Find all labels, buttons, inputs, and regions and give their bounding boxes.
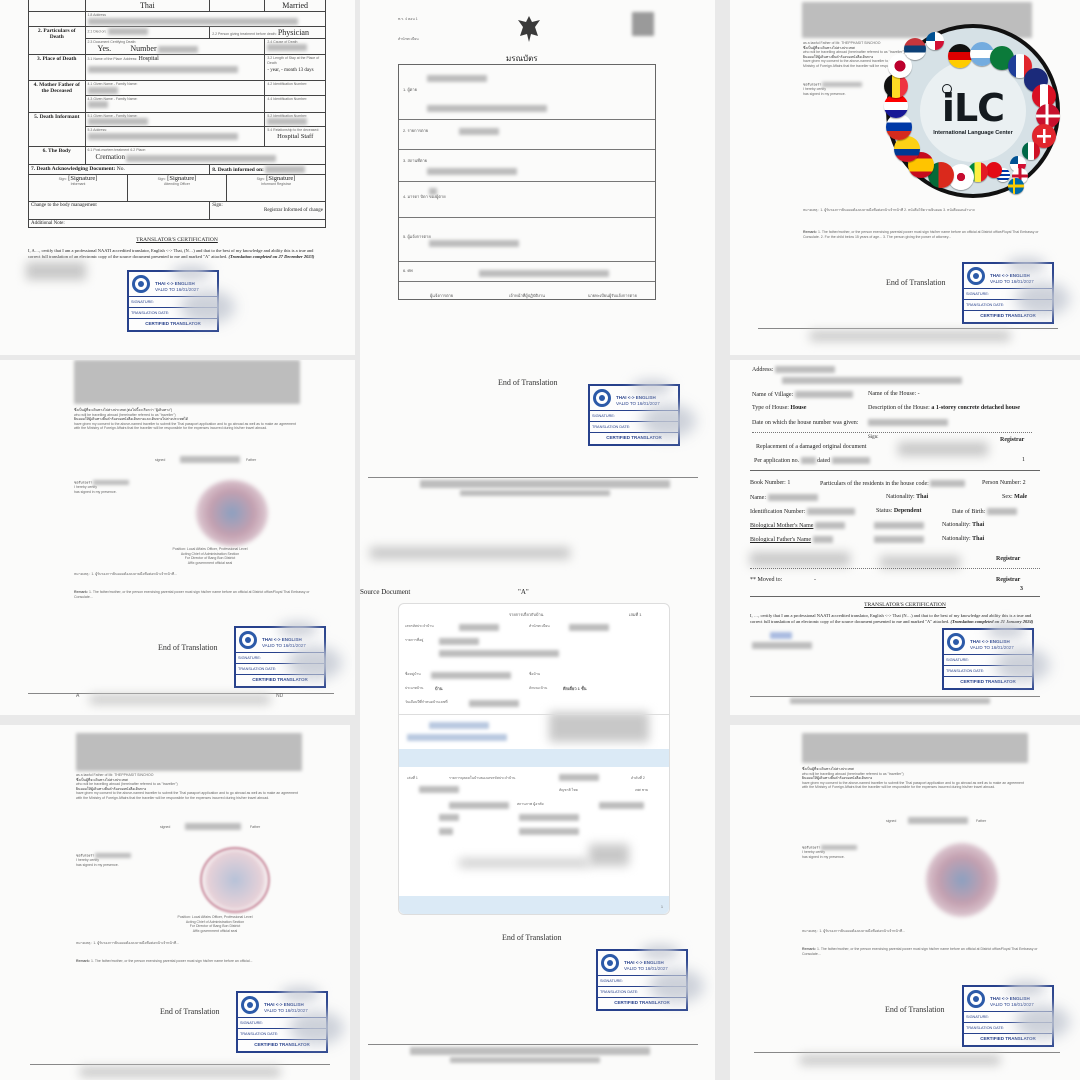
end-of-translation: End of Translation	[885, 1005, 945, 1014]
naati-seal-icon	[967, 990, 985, 1008]
section-body: 6. The Body	[29, 147, 86, 165]
father-nationality-label: Nationality:	[942, 536, 971, 542]
length-stay-label: 3.2 Length of Stay at the Place of Death	[267, 56, 323, 65]
nationality-label: Nationality:	[886, 494, 915, 500]
sign-label-2: Sign:	[158, 177, 166, 181]
cert-date: (Translation completed on 27 December 20…	[228, 254, 314, 259]
desc-house-label: Description of the House:	[868, 405, 930, 411]
section-2: 2. รายการตาย	[403, 128, 428, 133]
registrar-page: 3	[1020, 586, 1023, 592]
number-label: Number	[130, 44, 156, 53]
section-informant: 5. Death Informant	[29, 112, 86, 147]
signed-presence: has signed in my presence.	[76, 863, 131, 868]
nationality-value: Thai	[140, 1, 155, 10]
status-value: Dependent	[894, 508, 922, 514]
sign-label-1: Sign:	[59, 177, 67, 181]
address-label: Address:	[752, 367, 773, 373]
moved-to-label: ** Moved to:	[750, 577, 782, 583]
flag-sweden-icon	[1008, 178, 1024, 194]
signature-3: [Signature]	[266, 175, 295, 182]
nationality-value: Thai	[916, 494, 928, 500]
type-house-value: House	[790, 405, 806, 411]
house-title: รายการเกี่ยวกับบ้าน	[509, 612, 543, 617]
end-of-translation: End of Translation	[498, 378, 558, 387]
translator-stamp: THAI <-> ENGLISHVALID TO 16/01/2027 SIGN…	[127, 270, 219, 332]
father-id-label: 4.4 Identification Number:	[267, 97, 323, 102]
sex-value: Male	[1014, 494, 1027, 500]
translator-stamp: THAI <-> ENGLISHVALID TO 16/01/2027 SIGN…	[596, 949, 688, 1011]
type-house-label: Type of House:	[752, 405, 789, 411]
mother-id-label: 4.2 Identification Number:	[267, 82, 323, 87]
father-label: Father	[976, 819, 986, 824]
person-number: Person Number: 2	[982, 480, 1026, 486]
body-place-label: 6.2 Place:	[130, 148, 146, 152]
signed-presence: has signed in my presence.	[802, 855, 857, 860]
section-parents: 4. Mother Father of the Deceased	[29, 81, 86, 113]
translator-stamp: THAI <-> ENGLISHVALID TO 16/01/2027 SIGN…	[942, 628, 1034, 690]
name-label: Name:	[750, 495, 766, 501]
tile-consent-bottom-right: ซึ่งเป็นผู้ที่จะเดินทางไปต่างประเทศ who …	[730, 725, 1080, 1080]
registry-office-label: สำนักทะเบียน	[529, 624, 550, 629]
garuda-emblem-icon	[516, 14, 542, 44]
father-nationality-value: Thai	[972, 536, 984, 542]
section-3: 3. สถานที่ตาย	[403, 158, 427, 163]
died-on-label: 2.1 Died on:	[88, 29, 107, 33]
stamp-valid-to: VALID TO 16/01/2027	[264, 1008, 308, 1013]
desc-house-value: a 1-storey concrete detached house	[931, 405, 1020, 411]
place-value: Hospital	[138, 56, 158, 62]
ack-doc-label: 7. Death Acknowledging Document:	[31, 166, 115, 172]
consent-line-2: have given my consent to the above-named…	[74, 422, 302, 431]
officer-2: เจ้าหน้าที่ผู้ปฏิบัติงาน	[484, 282, 569, 300]
tile-house-registration: Address: Name of Village: Name of the Ho…	[730, 360, 1080, 715]
place-address-label: Address:	[123, 57, 137, 61]
section-4: 4. มารดา บิดา ของผู้ตาย	[403, 194, 446, 199]
cert-title: TRANSLATOR'S CERTIFICATION	[28, 237, 326, 243]
doc-certifying-value: Yes.	[98, 44, 112, 53]
death-certificate-table: Thai Married 1.8 Address 2. Particulars …	[28, 0, 326, 228]
relationship-value: Hospital Staff	[267, 133, 323, 140]
office-label: สำนักทะเบียน	[398, 37, 419, 42]
sex-value: เพศ ชาย	[635, 788, 648, 793]
stamp-languages: THAI <-> ENGLISH	[990, 996, 1030, 1001]
section-6: 6. ศพ	[403, 268, 413, 273]
doc-certifying-label: 2.3 Document Certifying Death:	[88, 40, 263, 45]
house-code-label: เลขรหัสประจำบ้าน	[405, 624, 434, 629]
section-5: 5. ผู้แจ้งการตาย	[403, 234, 431, 239]
naati-seal-icon	[947, 633, 965, 651]
naati-seal-icon	[967, 267, 985, 285]
house-registration-card: รายการเกี่ยวกับบ้าน เล่มที่ 1 เลขรหัสประ…	[398, 603, 670, 915]
stamp-languages: THAI <-> ENGLISH	[616, 395, 656, 400]
nationality-value: สัญชาติ ไทย	[559, 788, 578, 793]
end-of-translation: End of Translation	[886, 278, 946, 287]
date-given-label: Date on which the house number was given…	[752, 420, 858, 426]
additional-note-label: Additional Note:	[29, 220, 326, 228]
mother-nationality-label: Nationality:	[942, 522, 971, 528]
signed-label: signed	[886, 819, 896, 824]
signature-2: [Signature]	[167, 175, 196, 182]
book-no: เล่มที่ 1	[629, 612, 641, 617]
sign-label-3: Sign:	[257, 177, 265, 181]
father-label: Father	[246, 458, 256, 463]
house-name-value: -	[918, 391, 920, 397]
registrar-label-2: Registrar	[996, 556, 1020, 562]
form-code: ท.ร. 4 ตอน 1	[398, 17, 418, 22]
mother-label: Biological Mother's Name	[750, 523, 813, 529]
sign-label: Sign:	[868, 435, 879, 440]
naati-seal-icon	[241, 996, 259, 1014]
per-application-label: Per application no.	[754, 458, 799, 464]
address-label: 1.8 Address	[88, 13, 324, 18]
stamp-valid-to: VALID TO 16/01/2027	[262, 643, 306, 648]
tile-source-document: Source Document "A" รายการเกี่ยวกับบ้าน …	[360, 535, 715, 1080]
id-number-label: Identification Number:	[750, 509, 805, 515]
section-particulars-of-death: 2. Particulars of Death	[29, 26, 86, 55]
informant-caption: Informant	[29, 182, 127, 187]
source-document-label: Source Document	[360, 588, 410, 596]
father-label: Father	[250, 825, 260, 830]
affix-seal: Affix government official seal	[150, 929, 280, 934]
signed-label: signed	[160, 825, 170, 830]
flag-germany-icon	[948, 44, 972, 68]
page-no: 1	[1022, 457, 1025, 463]
change-sign-label: Sign:	[212, 203, 223, 208]
tile-consent-bottom-left: as a lawful Father of Mr. THEPPHASIT SIN…	[0, 725, 350, 1080]
source-mark: "A"	[518, 588, 529, 596]
house-desc-value: ตึกเดี่ยว 1 ชั้น	[563, 686, 586, 691]
resident-title: รายการบุคคลในบ้านของเลขรหัสประจำบ้าน	[449, 776, 515, 781]
house-name-label: Name of the House:	[868, 391, 916, 397]
signed-label: signed	[155, 458, 165, 463]
house-desc-label: ลักษณะบ้าน	[529, 686, 547, 691]
book-number: Book Number: 1	[750, 480, 790, 486]
signature-1: [Signature]	[68, 175, 97, 182]
status-value: สถานภาพ ผู้อาศัย	[517, 802, 544, 807]
end-of-translation: End of Translation	[502, 933, 562, 942]
stamp-valid-to: VALID TO 16/01/2027	[990, 1002, 1034, 1007]
father-label: Biological Father's Name	[750, 537, 811, 543]
stamp-languages: THAI <-> ENGLISH	[990, 273, 1030, 278]
tile-consent-mid-left: ซึ่งเป็นผู้ที่จะเดินทางไปต่างประเทศ (ต่อ…	[0, 360, 355, 715]
treatment-label: 2.2 Person giving treatment before death…	[212, 32, 276, 36]
translator-stamp: THAI <-> ENGLISHVALID TO 16/01/2027 SIGN…	[962, 262, 1054, 324]
naati-seal-icon	[132, 275, 150, 293]
logo-brand: iLC	[890, 86, 1056, 130]
dated-label: dated	[817, 458, 830, 464]
cert-title: TRANSLATOR'S CERTIFICATION	[730, 602, 1080, 608]
person-no: ลำดับที่ 2	[631, 776, 645, 781]
marital-value: Married	[282, 1, 308, 10]
footer-nd: ND	[276, 694, 283, 699]
officer-1: ผู้แจ้งการตาย	[399, 282, 484, 300]
translator-stamp: THAI <-> ENGLISHVALID TO 16/01/2027 SIGN…	[236, 991, 328, 1053]
length-stay-value: - year, - month 13 days	[267, 68, 323, 73]
stamp-languages: THAI <-> ENGLISH	[155, 281, 195, 286]
stamp-valid-to: VALID TO 16/01/2027	[970, 645, 1014, 650]
translator-stamp: THAI <-> ENGLISHVALID TO 16/01/2027 SIGN…	[588, 384, 680, 446]
house-type-label: ประเภทบ้าน	[405, 686, 423, 691]
stamp-valid-to: VALID TO 16/01/2027	[616, 401, 660, 406]
registrar-caption: Informant Registrar	[227, 182, 325, 187]
address-label: รายการที่อยู่	[405, 638, 423, 643]
change-body-label: Change to the body management	[29, 202, 210, 220]
naati-seal-icon	[239, 631, 257, 649]
tile-death-certificate: Thai Married 1.8 Address 2. Particulars …	[0, 0, 355, 355]
remarks-label: Remark:	[803, 230, 817, 234]
house-type-value: บ้าน	[435, 686, 443, 691]
translator-stamp: THAI <-> ENGLISHVALID TO 16/01/2027 SIGN…	[962, 985, 1054, 1047]
house-name-label: ชื่อบ้าน	[529, 672, 540, 677]
affix-seal: Affix government official seal	[140, 561, 280, 566]
stamp-languages: THAI <-> ENGLISH	[970, 639, 1010, 644]
page-number: 1	[661, 905, 663, 910]
mother-nationality-value: Thai	[972, 522, 984, 528]
naati-seal-icon	[601, 954, 619, 972]
attending-officer-caption: Attending Officer	[128, 182, 226, 187]
stamp-valid-to: VALID TO 16/01/2027	[155, 287, 199, 292]
treatment-value: Physician	[278, 28, 309, 37]
dob-label: Date of Birth:	[952, 509, 985, 515]
official-seal-blurred	[926, 843, 998, 917]
footer-a: A	[76, 694, 79, 699]
end-of-translation: End of Translation	[160, 1007, 220, 1016]
stamp-valid-to: VALID TO 16/01/2027	[624, 966, 668, 971]
end-of-translation: End of Translation	[158, 643, 218, 652]
official-seal-blurred	[196, 480, 268, 546]
flag-serbia-icon	[904, 38, 926, 60]
ack-no-label: No.	[117, 166, 125, 172]
date-given-label: วันเดือนปีที่กำหนดบ้านเลขที่	[405, 700, 448, 705]
flag-russia-icon	[886, 114, 912, 140]
status-label: Status:	[876, 508, 892, 514]
officer-3: นายทะเบียนผู้รับแจ้งการตาย	[570, 282, 655, 300]
naati-seal-icon	[593, 389, 611, 407]
section-1: 1. ผู้ตาย	[403, 87, 417, 92]
village-label: ชื่อหมู่บ้าน	[405, 672, 421, 677]
book-no-2: เล่มที่ 1	[407, 776, 418, 781]
replacement-text: Replacement of a damaged original docume…	[756, 444, 866, 450]
post-mortem-label: 6.1 Post-mortem treatment	[88, 148, 130, 152]
translator-stamp: THAI <-> ENGLISHVALID TO 16/01/2027 SIGN…	[234, 626, 326, 688]
informed-on-label: 8. Death informed on:	[212, 167, 264, 173]
village-label: Name of Village:	[752, 392, 793, 398]
stamp-languages: THAI <-> ENGLISH	[624, 960, 664, 965]
flag-mexico-icon	[1022, 142, 1040, 160]
registrar-label-3: Registrar	[996, 577, 1020, 583]
stamp-valid-to: VALID TO 16/01/2027	[990, 279, 1034, 284]
signed-presence: has signed in my presence.	[74, 490, 129, 495]
official-seal	[200, 847, 270, 913]
consent-line-2: have given my consent to the above-named…	[76, 791, 304, 800]
moved-to-value: -	[814, 577, 816, 583]
flag-panama-2-icon	[926, 32, 944, 50]
sex-label: Sex:	[1002, 494, 1013, 500]
flag-turkey-icon	[986, 162, 1002, 178]
stamp-languages: THAI <-> ENGLISH	[264, 1002, 304, 1007]
stamp-languages: THAI <-> ENGLISH	[262, 637, 302, 642]
section-place-of-death: 3. Place of Death	[29, 55, 86, 81]
particulars-label: Particulars of the residents in the hous…	[820, 481, 929, 487]
registrar-informed-label: Registrar Informed of change	[212, 208, 323, 213]
consent-line-2: have given my consent to the above-named…	[802, 781, 1030, 790]
registrar-label: Registrar	[1000, 437, 1024, 443]
ilc-logo: iLC International Language Center	[886, 24, 1060, 198]
cert-date: (Translation completed on 21 January 202…	[950, 619, 1033, 624]
tile-thai-death-form: ท.ร. 4 ตอน 1 สำนักทะเบียน มรณบัตร 1. ผู้…	[360, 0, 715, 545]
place-name-label: 3.1 Name of the Place	[88, 57, 123, 61]
post-mortem-value: Cremation	[96, 153, 126, 161]
father-name-label: 4.3 Given Name - Family Name:	[88, 97, 263, 102]
